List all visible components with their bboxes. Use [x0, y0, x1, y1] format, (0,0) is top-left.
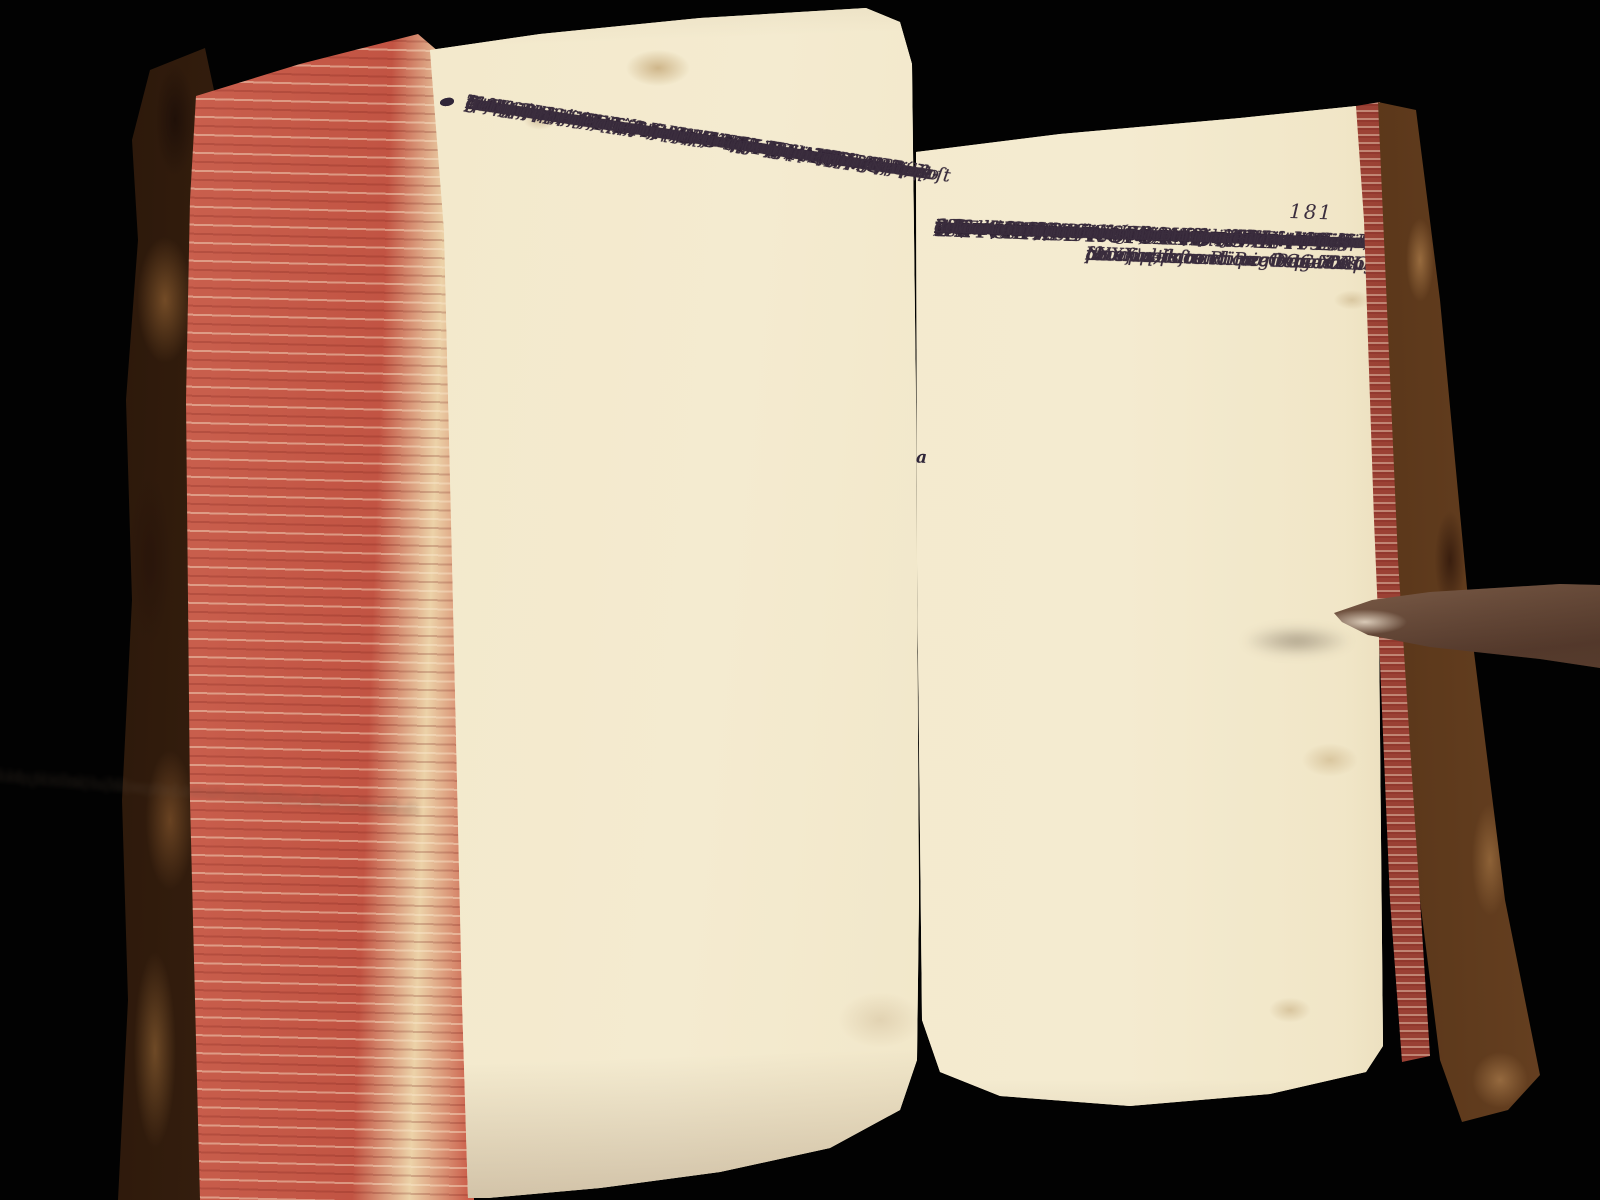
book-photo: FLA. DOMITIANVS catam ultro corrupit, & … — [0, 0, 1600, 1200]
pointer-shadow — [1242, 626, 1352, 656]
